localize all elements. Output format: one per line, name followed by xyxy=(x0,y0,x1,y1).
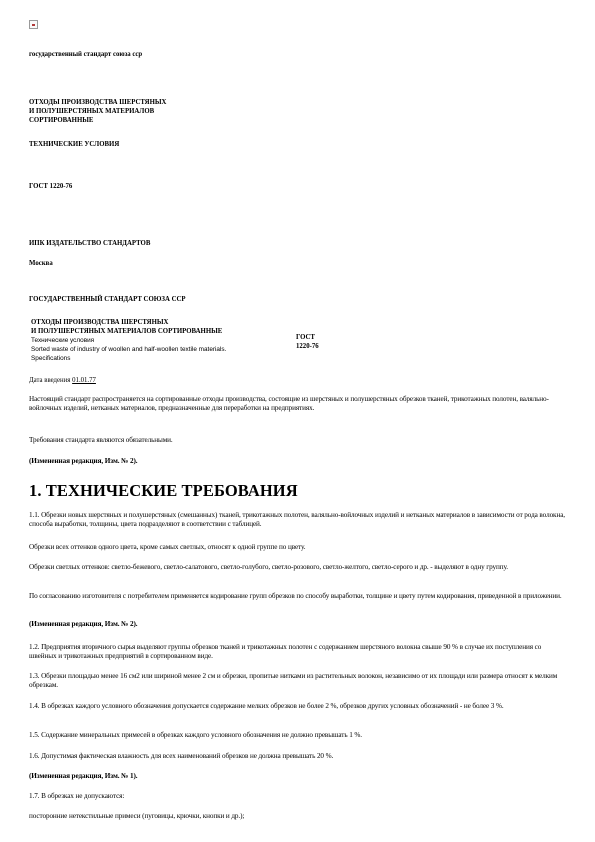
amendment-note: (Измененная редакция, Изм. № 1). xyxy=(29,772,569,781)
intro-date: Дата введения 01.01.77 xyxy=(29,376,96,385)
paragraph-color-group: Обрезки всех оттенков одного цвета, кром… xyxy=(29,543,569,552)
standard-org-line: ГОСУДАРСТВЕННЫЙ СТАНДАРТ СОЮЗА ССР xyxy=(29,295,186,304)
standard-subtitle-ru: Технические условия xyxy=(31,336,226,345)
standard-title-line: И ПОЛУШЕРСТЯНЫХ МАТЕРИАЛОВ СОРТИРОВАННЫЕ xyxy=(31,327,226,336)
broken-image-icon xyxy=(29,20,38,29)
paragraph-1-6: 1.6. Допустимая фактическая влажность дл… xyxy=(29,752,569,761)
cover-title-line: И ПОЛУШЕРСТЯНЫХ МАТЕРИАЛОВ xyxy=(29,107,166,116)
gost-code-block: ГОСТ 1220-76 xyxy=(296,333,319,351)
paragraph-1-5: 1.5. Содержание минеральных примесей в о… xyxy=(29,731,569,740)
cover-subtitle: ТЕХНИЧЕСКИЕ УСЛОВИЯ xyxy=(29,140,119,149)
cover-title-line: ОТХОДЫ ПРОИЗВОДСТВА ШЕРСТЯНЫХ xyxy=(29,98,166,107)
paragraph-agreement: По согласованию изготовителя с потребите… xyxy=(29,592,569,601)
scope-paragraph: Настоящий стандарт распространяется на с… xyxy=(29,395,569,413)
paragraph-1-7-item: посторонние нетекстильные примеси (пугов… xyxy=(29,812,569,821)
amendment-note: (Измененная редакция, Изм. № 2). xyxy=(29,620,569,629)
intro-date-label: Дата введения xyxy=(29,377,72,384)
standard-title-block: ОТХОДЫ ПРОИЗВОДСТВА ШЕРСТЯНЫХ И ПОЛУШЕРС… xyxy=(31,318,226,363)
cover-code: ГОСТ 1220-76 xyxy=(29,182,72,191)
gost-number: 1220-76 xyxy=(296,342,319,351)
paragraph-1-3: 1.3. Обрезки площадью менее 16 см2 или ш… xyxy=(29,672,569,690)
standard-title-en-line: Specifications xyxy=(31,354,226,363)
cover-city: Москва xyxy=(29,259,53,268)
paragraph-1-4: 1.4. В обрезках каждого условного обозна… xyxy=(29,702,569,711)
intro-date-link[interactable]: 01.01.77 xyxy=(72,377,96,384)
paragraph-1-2: 1.2. Предприятия вторичного сырья выделя… xyxy=(29,643,569,661)
section-heading: 1. ТЕХНИЧЕСКИЕ ТРЕБОВАНИЯ xyxy=(29,481,298,501)
mandatory-paragraph: Требования стандарта являются обязательн… xyxy=(29,436,569,445)
standard-title-line: ОТХОДЫ ПРОИЗВОДСТВА ШЕРСТЯНЫХ xyxy=(31,318,226,327)
paragraph-1-1: 1.1. Обрезки новых шерстяных и полушерст… xyxy=(29,511,569,529)
cover-title: ОТХОДЫ ПРОИЗВОДСТВА ШЕРСТЯНЫХ И ПОЛУШЕРС… xyxy=(29,98,166,125)
cover-publisher: ИПК ИЗДАТЕЛЬСТВО СТАНДАРТОВ xyxy=(29,239,150,248)
gost-label: ГОСТ xyxy=(296,333,319,342)
paragraph-1-7: 1.7. В обрезках не допускаются: xyxy=(29,792,569,801)
paragraph-light-shades: Обрезки светлых оттенков: светло-бежевог… xyxy=(29,563,569,572)
cover-org-line: государственный стандарт союза сср xyxy=(29,50,142,59)
amendment-note: (Измененная редакция, Изм. № 2). xyxy=(29,457,569,466)
standard-title-en-line: Sorted waste of industry of woollen and … xyxy=(31,345,226,354)
cover-title-line: СОРТИРОВАННЫЕ xyxy=(29,116,166,125)
